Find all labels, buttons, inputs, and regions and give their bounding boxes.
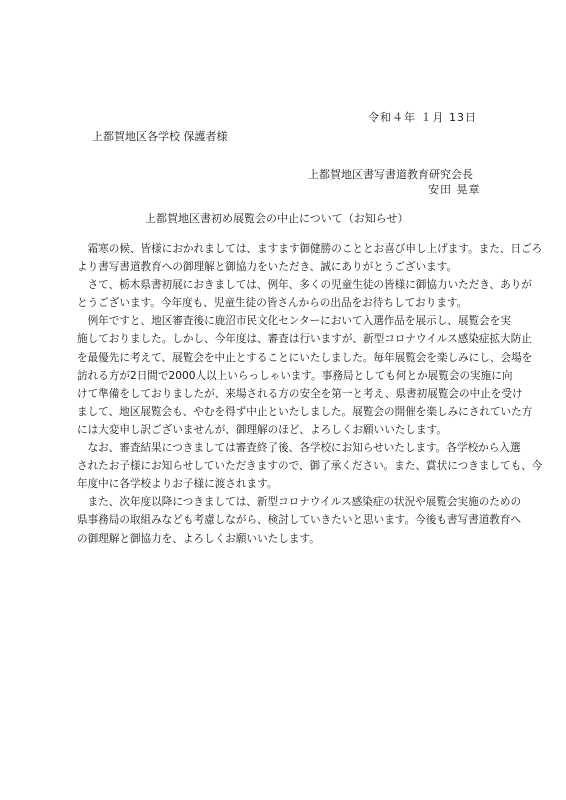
- body-line: 県事務局の取組みなども考慮しながら、検討していきたいと思います。今後も書写書道教…: [77, 511, 509, 529]
- body-line: けて準備をしておりましたが、来場される方の安全を第一と考え、県書初展覧会の中止を…: [77, 385, 509, 403]
- body-line: まして、地区展覧会も、やむを得ず中止といたしました。展覧会の開催を楽しみにされて…: [77, 403, 509, 421]
- sender-name: 安田 晃章: [428, 183, 481, 197]
- document-title: 上都賀地区書初め展覧会の中止について（お知らせ）: [145, 212, 408, 226]
- document-body: 霜寒の候、皆様におかれましては、ますます御健勝のこととお喜び申し上げます。また、…: [77, 240, 509, 548]
- body-line: を最優先に考えて、展覧会を中止とすることにいたしました。毎年展覧会を楽しみにし、…: [77, 349, 509, 367]
- body-line: の御理解と御協力を、よろしくお願いいたします。: [77, 530, 509, 548]
- body-line: なお、審査結果につきましては審査終了後、各学校にお知らせいたします。各学校から入…: [77, 439, 509, 457]
- body-line: さて、栃木県書初展におきましては、例年、多くの児童生徒の皆様に御協力いただき、あ…: [77, 276, 509, 294]
- body-line: 訪れる方が2日間で2000人以上いらっしゃいます。事務局としても何とか展覧会の実…: [77, 367, 509, 385]
- document-date: 令和４年 １月 13日: [368, 111, 477, 125]
- body-line: 霜寒の候、皆様におかれましては、ますます御健勝のこととお喜び申し上げます。また、…: [77, 240, 509, 258]
- sender-organization: 上都賀地区書写書道教育研究会長: [308, 168, 473, 182]
- body-line: されたお子様にお知らせしていただきますので、御了承ください。また、賞状につきまし…: [77, 457, 509, 475]
- body-line: とうございます。今年度も、児童生徒の皆さんからの出品をお待ちしております。: [77, 294, 509, 312]
- body-line: 施しておりました。しかし、今年度は、審査は行いますが、新型コロナウイルス感染症拡…: [77, 330, 509, 348]
- body-line: また、次年度以降につきましては、新型コロナウイルス感染症の状況や展覧会実施のため…: [77, 493, 509, 511]
- body-line: 年度中に各学校よりお子様に渡されます。: [77, 475, 509, 493]
- body-line: には大変申し訳ございませんが、御理解のほど、よろしくお願いいたします。: [77, 421, 509, 439]
- recipient: 上都賀地区各学校 保護者様: [92, 130, 228, 144]
- body-line: 例年ですと、地区審査後に鹿沼市民文化センターにおいて入選作品を展示し、展覧会を実: [77, 312, 509, 330]
- body-line: より書写書道教育への御理解と御協力をいただき、誠にありがとうございます。: [77, 258, 509, 276]
